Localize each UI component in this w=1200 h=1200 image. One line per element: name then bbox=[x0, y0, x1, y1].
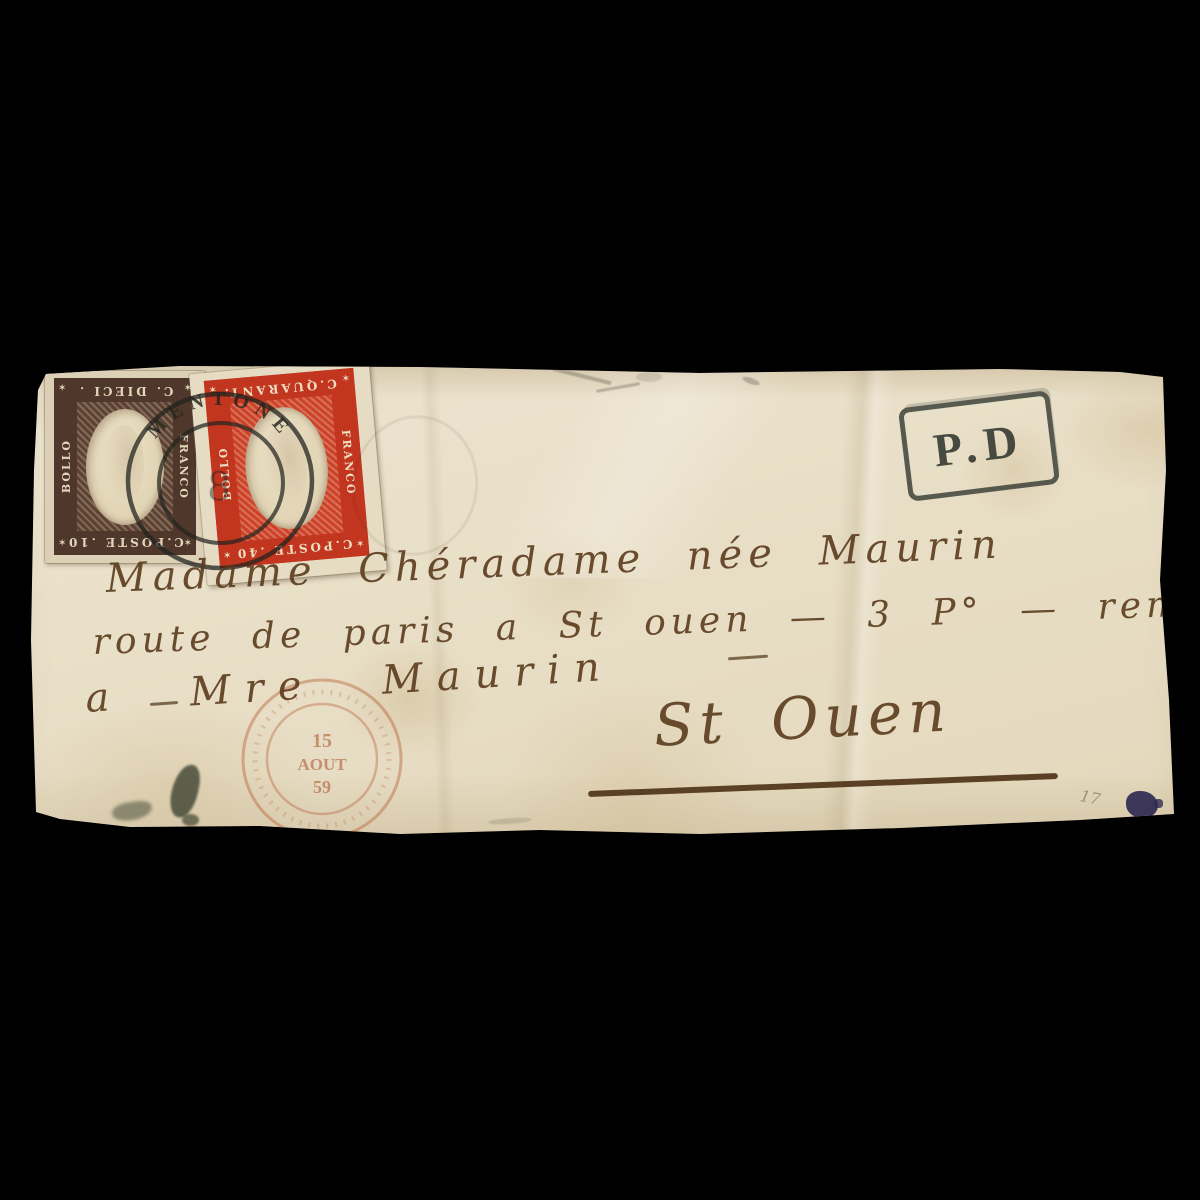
address-line-4: St Ouen bbox=[652, 676, 953, 760]
arrival-day: 15 bbox=[312, 730, 332, 752]
paper-smudge bbox=[596, 382, 640, 393]
stamp-label-left: BOLLO bbox=[56, 402, 77, 531]
address-underline-flourish bbox=[588, 773, 1058, 797]
corner-ornament-icon: ✶ bbox=[341, 374, 350, 385]
cds-center-numeral: 8 bbox=[208, 461, 230, 510]
corner-ornament-icon: ✶ bbox=[58, 384, 66, 394]
paper-smudge bbox=[636, 372, 662, 382]
svg-text:MENTONE: MENTONE bbox=[143, 388, 298, 443]
ink-smudge bbox=[182, 814, 199, 826]
pd-handstamp: P.D bbox=[898, 390, 1060, 502]
paper-smudge bbox=[742, 375, 761, 387]
paper-smudge bbox=[488, 816, 532, 825]
arrival-month: AOUT bbox=[297, 755, 347, 774]
mentone-datestamp: MENTONE 8 bbox=[122, 390, 318, 574]
envelope: ✶ ✶ ✶ ✶ C. DIECI . BOLLO FRANCO C.POSTE … bbox=[0, 0, 1200, 1200]
underline-under-3 bbox=[728, 655, 768, 661]
paper-smudge bbox=[552, 367, 611, 385]
mentone-town-label: MENTONE bbox=[143, 388, 298, 443]
ink-smudge bbox=[167, 762, 204, 820]
pd-label: P.D bbox=[931, 414, 1028, 479]
photo-stage: ✶ ✶ ✶ ✶ C. DIECI . BOLLO FRANCO C.POSTE … bbox=[0, 0, 1200, 1200]
ink-smudge bbox=[111, 799, 153, 822]
purple-ink-blot bbox=[1154, 799, 1163, 808]
corner-ornament-icon: ✶ bbox=[58, 539, 66, 549]
arrival-year: 59 bbox=[313, 777, 331, 797]
pencil-annotation: 17 bbox=[1078, 786, 1102, 809]
